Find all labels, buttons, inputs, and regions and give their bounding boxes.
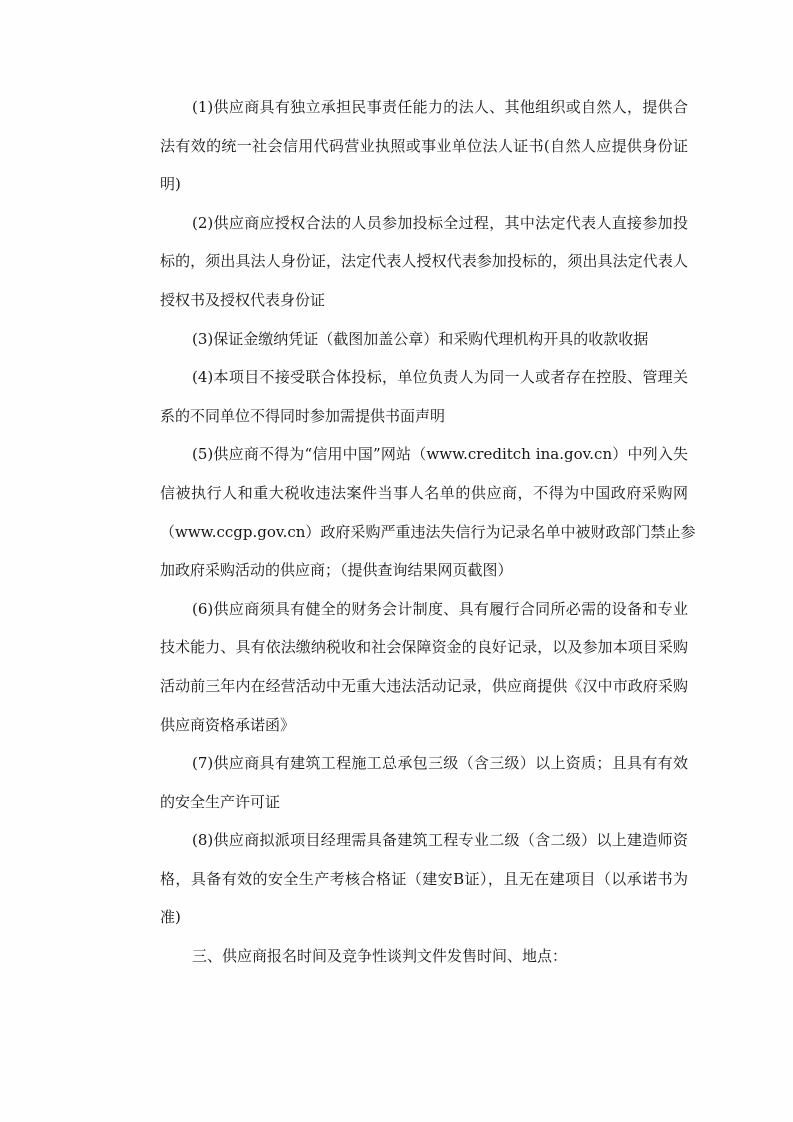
text-line: 标的，须出具法人身份证，法定代表人授权代表参加投标的，须出具法定代表人 — [160, 242, 688, 281]
text-line: 供应商资格承诺函》 — [160, 706, 688, 745]
requirement-item-2: (2)供应商应授权合法的人员参加投标全过程，其中法定代表人直接参加投 标的，须出… — [160, 204, 688, 320]
text-line: 准) — [160, 898, 688, 937]
text-line: 的安全生产许可证 — [160, 783, 688, 822]
text-line: 信被执行人和重大税收违法案件当事人名单的供应商，不得为中国政府采购网 — [160, 474, 688, 513]
requirement-item-4: (4)本项目不接受联合体投标，单位负责人为同一人或者存在控股、管理关 系的不同单… — [160, 358, 688, 435]
text-line: 明) — [160, 165, 688, 204]
text-line: (8)供应商拟派项目经理需具备建筑工程专业二级（含二级）以上建造师资 — [160, 821, 688, 860]
section-heading-text: 三、供应商报名时间及竞争性谈判文件发售时间、地点： — [160, 937, 688, 976]
text-line: (3)保证金缴纳凭证（截图加盖公章）和采购代理机构开具的收款收据 — [160, 320, 688, 359]
text-line: (7)供应商具有建筑工程施工总承包三级（含三级）以上资质；且具有有效 — [160, 744, 688, 783]
text-line: 系的不同单位不得同时参加需提供书面声明 — [160, 397, 688, 436]
text-line: 授权书及授权代表身份证 — [160, 281, 688, 320]
text-line: 技术能力、具有依法缴纳税收和社会保障资金的良好记录，以及参加本项目采购 — [160, 628, 688, 667]
requirement-item-1: (1)供应商具有独立承担民事责任能力的法人、其他组织或自然人，提供合 法有效的统… — [160, 88, 688, 204]
document-body: (1)供应商具有独立承担民事责任能力的法人、其他组织或自然人，提供合 法有效的统… — [160, 88, 688, 976]
text-line: (5)供应商不得为“信用中国”网站（www.creditch ina.gov.c… — [160, 435, 688, 474]
requirement-item-3: (3)保证金缴纳凭证（截图加盖公章）和采购代理机构开具的收款收据 — [160, 320, 688, 359]
requirement-item-8: (8)供应商拟派项目经理需具备建筑工程专业二级（含二级）以上建造师资 格，具备有… — [160, 821, 688, 937]
requirement-item-5: (5)供应商不得为“信用中国”网站（www.creditch ina.gov.c… — [160, 435, 688, 589]
text-line: 活动前三年内在经营活动中无重大违法活动记录，供应商提供《汉中市政府采购 — [160, 667, 688, 706]
text-line: 格，具备有效的安全生产考核合格证（建安B证），且无在建项目（以承诺书为 — [160, 860, 688, 899]
text-line: (2)供应商应授权合法的人员参加投标全过程，其中法定代表人直接参加投 — [160, 204, 688, 243]
requirement-item-6: (6)供应商须具有健全的财务会计制度、具有履行合同所必需的设备和专业 技术能力、… — [160, 590, 688, 744]
section-heading-3: 三、供应商报名时间及竞争性谈判文件发售时间、地点： — [160, 937, 688, 976]
text-line: （www.ccgp.gov.cn）政府采购严重违法失信行为记录名单中被财政部门禁… — [160, 513, 688, 552]
requirement-item-7: (7)供应商具有建筑工程施工总承包三级（含三级）以上资质；且具有有效 的安全生产… — [160, 744, 688, 821]
text-line: (6)供应商须具有健全的财务会计制度、具有履行合同所必需的设备和专业 — [160, 590, 688, 629]
text-line: 加政府采购活动的供应商；（提供查询结果网页截图） — [160, 551, 688, 590]
text-line: (4)本项目不接受联合体投标，单位负责人为同一人或者存在控股、管理关 — [160, 358, 688, 397]
text-line: (1)供应商具有独立承担民事责任能力的法人、其他组织或自然人，提供合 — [160, 88, 688, 127]
document-page: (1)供应商具有独立承担民事责任能力的法人、其他组织或自然人，提供合 法有效的统… — [0, 0, 793, 1122]
text-line: 法有效的统一社会信用代码营业执照或事业单位法人证书(自然人应提供身份证 — [160, 127, 688, 166]
